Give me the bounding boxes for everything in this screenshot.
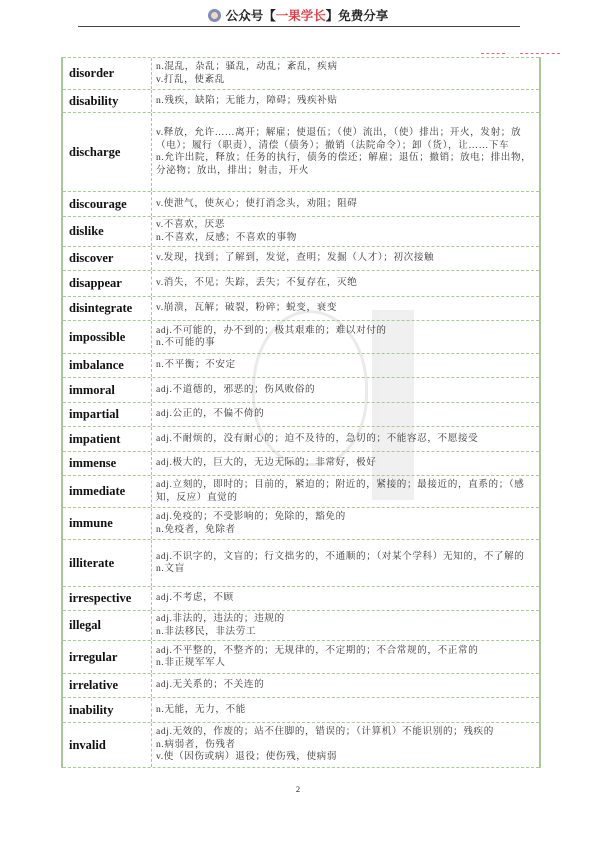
table-row: impartialadj.公正的，不偏不倚的 xyxy=(63,402,539,426)
definition-line: adj.不考虑，不顾 xyxy=(156,592,535,605)
vocab-word: discourage xyxy=(63,192,152,216)
vocab-definition: v.释放，允许……离开；解雇；使退伍；（使）流出，（使）排出；开火，发射；放（电… xyxy=(152,113,539,191)
definition-line: adj.无关系的；不关连的 xyxy=(156,679,535,692)
vocab-word: disorder xyxy=(63,58,152,89)
vocab-word: dislike xyxy=(63,217,152,246)
definition-line: v.使（因伤或病）退役；使伤残，使病弱 xyxy=(156,751,535,764)
vocab-definition: adj.免疫的；不受影响的；免除的，豁免的n.免疫者，免除者 xyxy=(152,508,539,539)
vocab-word: illegal xyxy=(63,611,152,640)
definition-line: n.病弱者，伤残者 xyxy=(156,739,535,752)
table-row: disordern.混乱，杂乱；骚乱，动乱；紊乱，疾病v.打乱，使紊乱 xyxy=(63,57,539,89)
vocab-word: disintegrate xyxy=(63,297,152,320)
table-row: illiterateadj.不识字的，文盲的；行文拙劣的，不通顺的；（对某个学科… xyxy=(63,539,539,586)
definition-line: n.文盲 xyxy=(156,563,535,576)
header-suffix: 免费分享 xyxy=(338,8,388,23)
vocab-word: disappear xyxy=(63,271,152,296)
definition-line: v.不喜欢，厌恶 xyxy=(156,219,535,232)
vocab-word: disability xyxy=(63,90,152,112)
header-prefix: 公众号 xyxy=(226,8,264,23)
definition-line: n.无能，无力，不能 xyxy=(156,704,535,717)
vocab-definition: n.残疾，缺陷；无能力，障碍；残疾补贴 xyxy=(152,90,539,112)
definition-line: n.非正规军军人 xyxy=(156,657,535,670)
vocab-word: immediate xyxy=(63,476,152,507)
vocab-word: illiterate xyxy=(63,540,152,586)
table-row: discoverv.发现，找到；了解到，发觉，查明；发掘（人才）；初次接触 xyxy=(63,246,539,270)
definition-line: n.混乱，杂乱；骚乱，动乱；紊乱，疾病 xyxy=(156,61,535,74)
definition-line: v.发现，找到；了解到，发觉，查明；发掘（人才）；初次接触 xyxy=(156,252,535,265)
table-row: immoraladj.不道德的，邪恶的；伤风败俗的 xyxy=(63,377,539,402)
vocab-word: discharge xyxy=(63,113,152,191)
vocab-definition: adj.立刻的，即时的；目前的，紧迫的；附近的，紧接的；最接近的，直系的；（感知… xyxy=(152,476,539,507)
definition-line: adj.极大的，巨大的，无边无际的；非常好，极好 xyxy=(156,457,535,470)
vocab-definition: n.不平衡；不安定 xyxy=(152,354,539,377)
vocabulary-table: disordern.混乱，杂乱；骚乱，动乱；紊乱，疾病v.打乱，使紊乱disab… xyxy=(61,57,541,768)
vocab-definition: v.使泄气，使灰心；使打消念头，劝阻；阻碍 xyxy=(152,192,539,216)
header-banner: 公众号【一果学长】免费分享 xyxy=(0,6,596,24)
definition-line: adj.立刻的，即时的；目前的，紧迫的；附近的，紧接的；最接近的，直系的；（感知… xyxy=(156,479,535,504)
page-header: 公众号【一果学长】免费分享 xyxy=(0,0,596,28)
table-row: disappearv.消失，不见；失踪，丢失；不复存在，灭绝 xyxy=(63,270,539,296)
vocab-definition: adj.非法的，违法的；违规的n.非法移民，非法劳工 xyxy=(152,611,539,640)
definition-line: v.消失，不见；失踪，丢失；不复存在，灭绝 xyxy=(156,277,535,290)
vocab-word: irrelative xyxy=(63,674,152,697)
definition-line: adj.不识字的，文盲的；行文拙劣的，不通顺的；（对某个学科）无知的，不了解的 xyxy=(156,551,535,564)
vocab-definition: n.无能，无力，不能 xyxy=(152,698,539,722)
table-row: impossibleadj.不可能的，办不到的；极其艰难的；难以对付的n.不可能… xyxy=(63,320,539,353)
definition-line: n.允许出院，释放；任务的执行，债务的偿还；解雇；退伍；撤销；放电；排出物，分泌… xyxy=(156,152,535,177)
table-row: immediateadj.立刻的，即时的；目前的，紧迫的；附近的，紧接的；最接近… xyxy=(63,475,539,507)
vocab-definition: v.发现，找到；了解到，发觉，查明；发掘（人才）；初次接触 xyxy=(152,247,539,270)
table-row: inabilityn.无能，无力，不能 xyxy=(63,697,539,722)
header-brand: 一果学长 xyxy=(276,8,326,23)
vocab-definition: adj.公正的，不偏不倚的 xyxy=(152,403,539,426)
definition-line: v.释放，允许……离开；解雇；使退伍；（使）流出，（使）排出；开火，发射；放（电… xyxy=(156,127,535,152)
table-row: immenseadj.极大的，巨大的，无边无际的；非常好，极好 xyxy=(63,451,539,475)
header-bracket-close: 】 xyxy=(326,8,339,23)
vocab-word: inability xyxy=(63,698,152,722)
vocab-word: immense xyxy=(63,452,152,475)
table-row: disintegratev.崩溃，瓦解；破裂，粉碎；蜕变，衰变 xyxy=(63,296,539,320)
vocab-word: irrespective xyxy=(63,587,152,610)
vocab-definition: adj.无效的，作废的；站不住脚的，错误的；（计算机）不能识别的；残疾的n.病弱… xyxy=(152,723,539,767)
vocab-definition: v.不喜欢，厌恶n.不喜欢，反感；不喜欢的事物 xyxy=(152,217,539,246)
definition-line: v.使泄气，使灰心；使打消念头，劝阻；阻碍 xyxy=(156,198,535,211)
vocab-definition: n.混乱，杂乱；骚乱，动乱；紊乱，疾病v.打乱，使紊乱 xyxy=(152,58,539,89)
table-row: illegaladj.非法的，违法的；违规的n.非法移民，非法劳工 xyxy=(63,610,539,640)
vocab-word: imbalance xyxy=(63,354,152,377)
vocab-word: impartial xyxy=(63,403,152,426)
vocab-definition: v.消失，不见；失踪，丢失；不复存在，灭绝 xyxy=(152,271,539,296)
vocab-word: invalid xyxy=(63,723,152,767)
vocab-word: impatient xyxy=(63,427,152,451)
vocab-definition: adj.不耐烦的，没有耐心的；迫不及待的，急切的；不能容忍，不愿接受 xyxy=(152,427,539,451)
table-row: immuneadj.免疫的；不受影响的；免除的，豁免的n.免疫者，免除者 xyxy=(63,507,539,539)
vocab-definition: adj.无关系的；不关连的 xyxy=(152,674,539,697)
definition-line: adj.不道德的，邪恶的；伤风败俗的 xyxy=(156,384,535,397)
definition-line: v.打乱，使紊乱 xyxy=(156,74,535,87)
definition-line: n.残疾，缺陷；无能力，障碍；残疾补贴 xyxy=(156,95,535,108)
table-row: discouragev.使泄气，使灰心；使打消念头，劝阻；阻碍 xyxy=(63,191,539,216)
definition-line: adj.免疫的；不受影响的；免除的，豁免的 xyxy=(156,511,535,524)
avatar-icon xyxy=(208,9,221,22)
vocab-definition: v.崩溃，瓦解；破裂，粉碎；蜕变，衰变 xyxy=(152,297,539,320)
table-row: invalidadj.无效的，作废的；站不住脚的，错误的；（计算机）不能识别的；… xyxy=(63,722,539,768)
definition-line: adj.公正的，不偏不倚的 xyxy=(156,408,535,421)
definition-line: n.非法移民，非法劳工 xyxy=(156,626,535,639)
definition-line: adj.不可能的，办不到的；极其艰难的；难以对付的 xyxy=(156,325,535,338)
definition-line: adj.不耐烦的，没有耐心的；迫不及待的，急切的；不能容忍，不愿接受 xyxy=(156,433,535,446)
definition-line: n.不可能的事 xyxy=(156,337,535,350)
definition-line: n.不喜欢，反感；不喜欢的事物 xyxy=(156,232,535,245)
definition-line: v.崩溃，瓦解；破裂，粉碎；蜕变，衰变 xyxy=(156,302,535,315)
vocab-word: immune xyxy=(63,508,152,539)
vocab-definition: adj.不可能的，办不到的；极其艰难的；难以对付的n.不可能的事 xyxy=(152,321,539,353)
definition-line: n.免疫者，免除者 xyxy=(156,524,535,537)
vocab-word: discover xyxy=(63,247,152,270)
table-row: irregularadj.不平整的，不整齐的；无规律的，不定期的；不合常规的，不… xyxy=(63,640,539,673)
table-row: impatientadj.不耐烦的，没有耐心的；迫不及待的，急切的；不能容忍，不… xyxy=(63,426,539,451)
decorative-dash xyxy=(520,53,560,54)
vocab-definition: adj.不识字的，文盲的；行文拙劣的，不通顺的；（对某个学科）无知的，不了解的n… xyxy=(152,540,539,586)
vocab-definition: adj.不道德的，邪恶的；伤风败俗的 xyxy=(152,378,539,402)
table-row: irrespectiveadj.不考虑，不顾 xyxy=(63,586,539,610)
vocab-definition: adj.极大的，巨大的，无边无际的；非常好，极好 xyxy=(152,452,539,475)
table-row: disabilityn.残疾，缺陷；无能力，障碍；残疾补贴 xyxy=(63,89,539,112)
table-row: dischargev.释放，允许……离开；解雇；使退伍；（使）流出，（使）排出；… xyxy=(63,112,539,191)
table-row: imbalancen.不平衡；不安定 xyxy=(63,353,539,377)
vocab-word: irregular xyxy=(63,641,152,673)
vocab-definition: adj.不平整的，不整齐的；无规律的，不定期的；不合常规的，不正常的n.非正规军… xyxy=(152,641,539,673)
definition-line: adj.不平整的，不整齐的；无规律的，不定期的；不合常规的，不正常的 xyxy=(156,645,535,658)
definition-line: adj.无效的，作废的；站不住脚的，错误的；（计算机）不能识别的；残疾的 xyxy=(156,726,535,739)
header-divider xyxy=(78,26,520,28)
definition-line: adj.非法的，违法的；违规的 xyxy=(156,613,535,626)
vocab-word: impossible xyxy=(63,321,152,353)
definition-line: n.不平衡；不安定 xyxy=(156,359,535,372)
vocab-definition: adj.不考虑，不顾 xyxy=(152,587,539,610)
header-bracket-open: 【 xyxy=(263,8,276,23)
table-row: irrelativeadj.无关系的；不关连的 xyxy=(63,673,539,697)
table-row: dislikev.不喜欢，厌恶n.不喜欢，反感；不喜欢的事物 xyxy=(63,216,539,246)
decorative-dash xyxy=(481,53,505,54)
vocab-word: immoral xyxy=(63,378,152,402)
page-number: 2 xyxy=(0,784,596,794)
